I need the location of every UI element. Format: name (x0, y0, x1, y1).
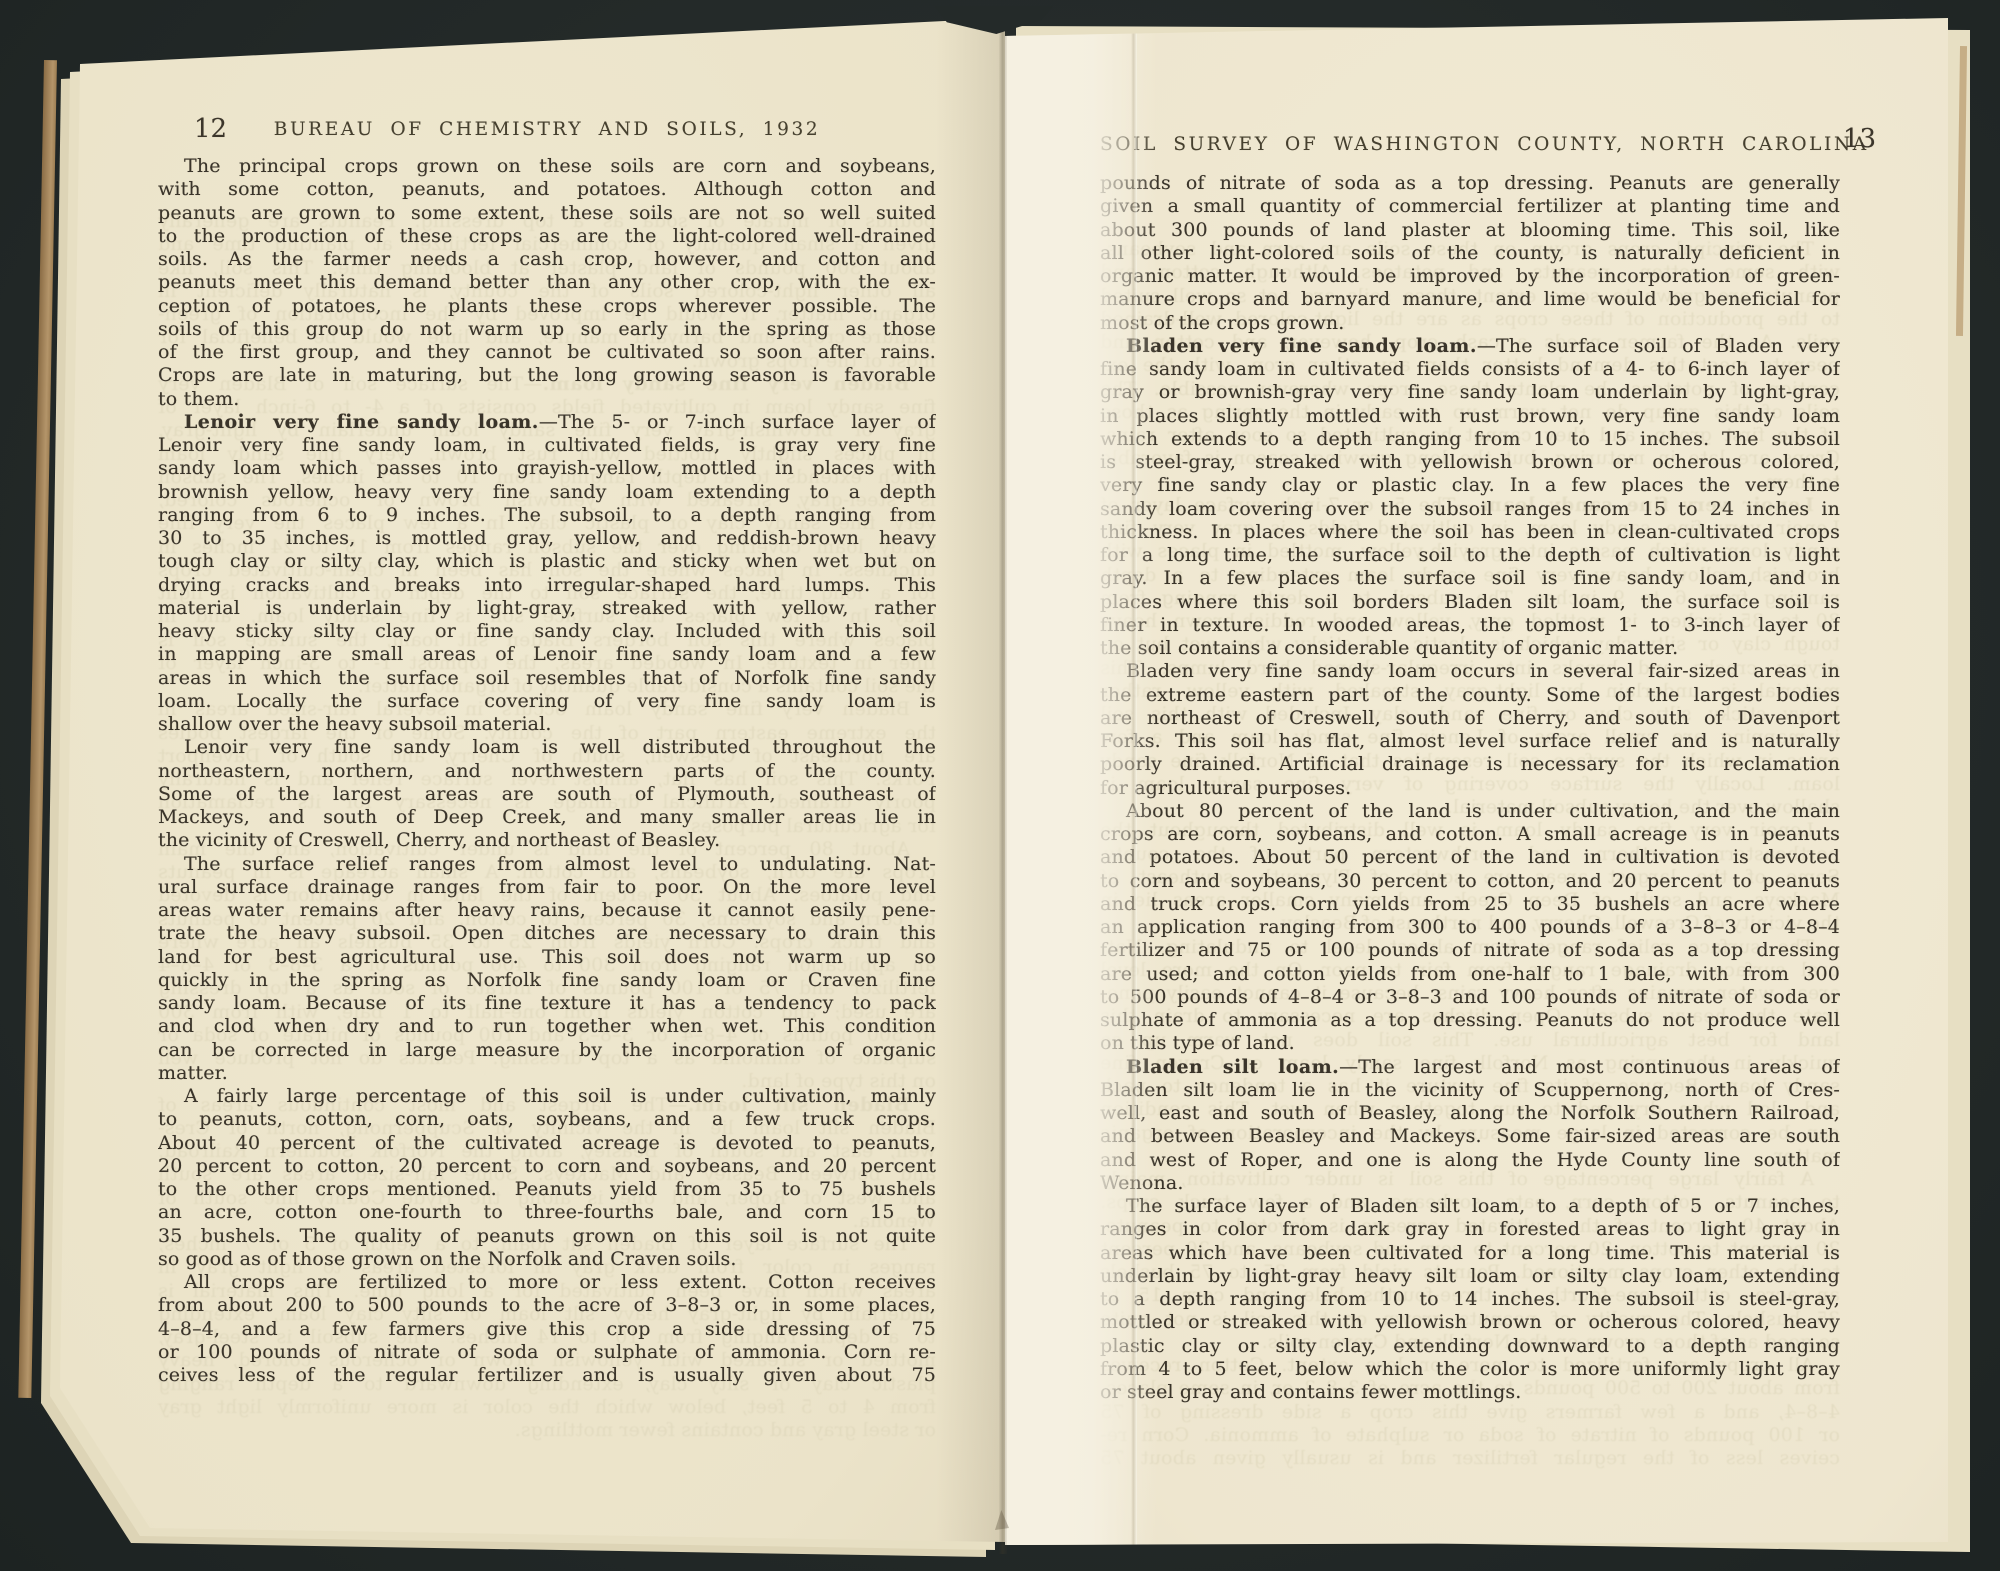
text-line: for agricultural purposes. (1100, 777, 1840, 800)
text-line: Bladen very fine sandy loam.—The surface… (1100, 335, 1840, 358)
text-line: brownish yellow, heavy very fine sandy l… (158, 481, 936, 504)
text-line: Bladen silt loam.—The largest and most c… (1100, 1056, 1840, 1079)
text-line: or 100 pounds of nitrate of soda or sulp… (158, 1341, 936, 1364)
text-line: ceives less of the regular fertilizer an… (158, 1364, 936, 1387)
text-line: to corn and soybeans, 30 percent to cott… (1100, 870, 1840, 893)
left-page: 12 BUREAU OF CHEMISTRY AND SOILS, 1932 p… (40, 10, 1008, 1550)
text-line: to the other crops mentioned. Peanuts yi… (158, 1178, 936, 1201)
text-line: peanuts meet this demand better than any… (158, 271, 936, 294)
text-line: about 300 pounds of land plaster at bloo… (1100, 219, 1840, 242)
text-line: 20 percent to cotton, 20 percent to corn… (158, 1155, 936, 1178)
left-page-header: 12 BUREAU OF CHEMISTRY AND SOILS, 1932 (158, 112, 936, 144)
right-page: The principal crops grown on these soils… (1005, 18, 1948, 1548)
text-line: given a small quantity of commercial fer… (1100, 195, 1840, 218)
text-line: ranges in color from dark gray in forest… (1100, 1218, 1840, 1241)
text-line: Bladen very fine sandy loam occurs in se… (1100, 660, 1840, 683)
text-line: poorly drained. Artificial drainage is n… (1100, 753, 1840, 776)
text-line: About 40 percent of the cultivated acrea… (158, 1132, 936, 1155)
text-line: loam. Locally the surface covering of ve… (158, 690, 936, 713)
text-line: ranging from 6 to 9 inches. The subsoil,… (158, 504, 936, 527)
text-line: 35 bushels. The quality of peanuts grown… (158, 1225, 936, 1248)
text-line: manure crops and barnyard manure, and li… (1100, 288, 1840, 311)
right-page-header: SOIL SURVEY OF WASHINGTON COUNTY, NORTH … (1100, 124, 1840, 156)
text-line: to them. (158, 388, 936, 411)
text-line: and between Beasley and Mackeys. Some fa… (1100, 1125, 1840, 1148)
text-line: crops are corn, soybeans, and cotton. A … (1100, 823, 1840, 846)
text-line: the vicinity of Creswell, Cherry, and no… (158, 829, 936, 852)
text-line: All crops are fertilized to more or less… (158, 1271, 936, 1294)
text-line: most of the crops grown. (1100, 312, 1840, 335)
text-line: mottled or streaked with yellowish brown… (1100, 1311, 1840, 1334)
text-line: 30 to 35 inches, is mottled gray, yellow… (158, 527, 936, 550)
text-line: soils. As the farmer needs a cash crop, … (158, 248, 936, 271)
running-head: BUREAU OF CHEMISTRY AND SOILS, 1932 (158, 119, 936, 140)
text-line: or 100 pounds of nitrate of soda or sulp… (1100, 1424, 1840, 1447)
text-line: sulphate of ammonia as a top dressing. P… (1100, 1009, 1840, 1032)
text-line: tough clay or silty clay, which is plast… (158, 550, 936, 573)
text-line: is steel-gray, streaked with yellowish b… (1100, 451, 1840, 474)
text-line: sandy loam. Because of its fine texture … (158, 992, 936, 1015)
text-line: gray. In a few places the surface soil i… (1100, 567, 1840, 590)
text-line: heavy sticky silty clay or fine sandy cl… (158, 620, 936, 643)
text-line: finer in texture. In wooded areas, the t… (1100, 614, 1840, 637)
text-line: Mackeys, and south of Deep Creek, and ma… (158, 806, 936, 829)
text-line: very fine sandy clay or plastic clay. In… (1100, 474, 1840, 497)
gutter-crease-line (1131, 18, 1137, 1548)
text-line: trate the heavy subsoil. Open ditches ar… (158, 922, 936, 945)
text-line: places where this soil borders Bladen si… (1100, 591, 1840, 614)
text-line: sandy loam which passes into grayish-yel… (158, 457, 936, 480)
text-line: material is underlain by light-gray, str… (158, 597, 936, 620)
text-line: drying cracks and breaks into irregular-… (158, 574, 936, 597)
text-line: areas water remains after heavy rains, b… (158, 899, 936, 922)
text-line: are northeast of Creswell, south of Cher… (1100, 707, 1840, 730)
text-line: Lenoir very fine sandy loam, in cultivat… (158, 434, 936, 457)
text-line: ural surface drainage ranges from fair t… (158, 876, 936, 899)
text-line: The surface relief ranges from almost le… (158, 853, 936, 876)
text-line: which extends to a depth ranging from 10… (1100, 428, 1840, 451)
text-line: are used; and cotton yields from one-hal… (1100, 963, 1840, 986)
text-line: underlain by light-gray heavy silt loam … (1100, 1265, 1840, 1288)
text-line: matter. (158, 1062, 936, 1085)
text-line: About 80 percent of the land is under cu… (1100, 800, 1840, 823)
text-line: can be corrected in large measure by the… (158, 1039, 936, 1062)
text-line: northeastern, northern, and northwestern… (158, 760, 936, 783)
text-line: pounds of nitrate of soda as a top dress… (1100, 172, 1840, 195)
text-line: Crops are late in maturing, but the long… (158, 364, 936, 387)
text-line: the soil contains a considerable quantit… (1100, 637, 1840, 660)
text-line: plastic clay or silty clay, extending do… (1100, 1335, 1840, 1358)
book-scan: 12 BUREAU OF CHEMISTRY AND SOILS, 1932 p… (0, 0, 2000, 1571)
text-line: Lenoir very fine sandy loam is well dist… (158, 736, 936, 759)
text-line: to the production of these crops as are … (158, 225, 936, 248)
text-line: Lenoir very fine sandy loam.—The 5- or 7… (158, 411, 936, 434)
text-line: thickness. In places where the soil has … (1100, 521, 1840, 544)
gutter-highlight-wash (1005, 18, 1175, 1548)
text-line: soils of this group do not warm up so ea… (158, 318, 936, 341)
text-line: to peanuts, cotton, corn, oats, soybeans… (158, 1108, 936, 1131)
text-line: an acre, cotton one-fourth to three-four… (158, 1201, 936, 1224)
left-text-block: The principal crops grown on these soils… (158, 155, 936, 1387)
text-line: quickly in the spring as Norfolk fine sa… (158, 969, 936, 992)
text-line: with some cotton, peanuts, and potatoes.… (158, 178, 936, 201)
text-line: all other light-colored soils of the cou… (1100, 242, 1840, 265)
text-line: land for best agricultural use. This soi… (158, 946, 936, 969)
text-line: in places slightly mottled with rust bro… (1100, 405, 1840, 428)
text-line: The principal crops grown on these soils… (158, 155, 936, 178)
page-number: 13 (1843, 124, 1876, 154)
text-line: areas which have been cultivated for a l… (1100, 1242, 1840, 1265)
text-line: for a long time, the surface soil to the… (1100, 544, 1840, 567)
text-line: fine sandy loam in cultivated fields con… (1100, 358, 1840, 381)
text-line: from 4 to 5 feet, below which the color … (1100, 1358, 1840, 1381)
text-line: organic matter. It would be improved by … (1100, 265, 1840, 288)
text-line: well, east and south of Beasley, along t… (1100, 1102, 1840, 1125)
text-line: 4–8–4, and a few farmers give this crop … (158, 1318, 936, 1341)
text-line: in mapping are small areas of Lenoir fin… (158, 643, 936, 666)
text-line: gray or brownish-gray very fine sandy lo… (1100, 381, 1840, 404)
text-line: the extreme eastern part of the county. … (1100, 684, 1840, 707)
text-line: of the first group, and they cannot be c… (158, 341, 936, 364)
text-line: peanuts are grown to some extent, these … (158, 202, 936, 225)
gutter-shadow (936, 10, 1008, 1550)
text-line: to a depth ranging from 10 to 14 inches.… (1100, 1288, 1840, 1311)
text-line: to 500 pounds of 4–8–4 or 3–8–3 and 100 … (1100, 986, 1840, 1009)
text-line: Some of the largest areas are south of P… (158, 783, 936, 806)
text-line: sandy loam covering over the subsoil ran… (1100, 498, 1840, 521)
text-line: fertilizer and 75 or 100 pounds of nitra… (1100, 939, 1840, 962)
text-line: and truck crops. Corn yields from 25 to … (1100, 893, 1840, 916)
gutter-fold-line (999, 14, 1007, 1554)
text-line: Bladen silt loam lie in the vicinity of … (1100, 1079, 1840, 1102)
right-text-block: pounds of nitrate of soda as a top dress… (1100, 172, 1840, 1404)
running-head: SOIL SURVEY OF WASHINGTON COUNTY, NORTH … (1100, 134, 1840, 155)
text-line: The surface layer of Bladen silt loam, t… (1100, 1195, 1840, 1218)
text-line: and potatoes. About 50 percent of the la… (1100, 846, 1840, 869)
text-line: so good as of those grown on the Norfolk… (158, 1248, 936, 1271)
text-line: Forks. This soil has flat, almost level … (1100, 730, 1840, 753)
text-line: areas in which the surface soil resemble… (158, 667, 936, 690)
text-line: ceives less of the regular fertilizer an… (1100, 1447, 1840, 1470)
text-line: an application ranging from 300 to 400 p… (1100, 916, 1840, 939)
text-line: from 4 to 5 feet, below which the color … (158, 1396, 936, 1419)
text-line: ception of potatoes, he plants these cro… (158, 295, 936, 318)
text-line: or steel gray and contains fewer mottlin… (158, 1419, 936, 1442)
text-line: and clod when dry and to run together wh… (158, 1015, 936, 1038)
text-line: on this type of land. (1100, 1032, 1840, 1055)
text-line: or steel gray and contains fewer mottlin… (1100, 1381, 1840, 1404)
text-line: Wenona. (1100, 1172, 1840, 1195)
text-line: A fairly large percentage of this soil i… (158, 1085, 936, 1108)
text-line: from about 200 to 500 pounds to the acre… (158, 1294, 936, 1317)
text-line: shallow over the heavy subsoil material. (158, 713, 936, 736)
text-line: and west of Roper, and one is along the … (1100, 1149, 1840, 1172)
